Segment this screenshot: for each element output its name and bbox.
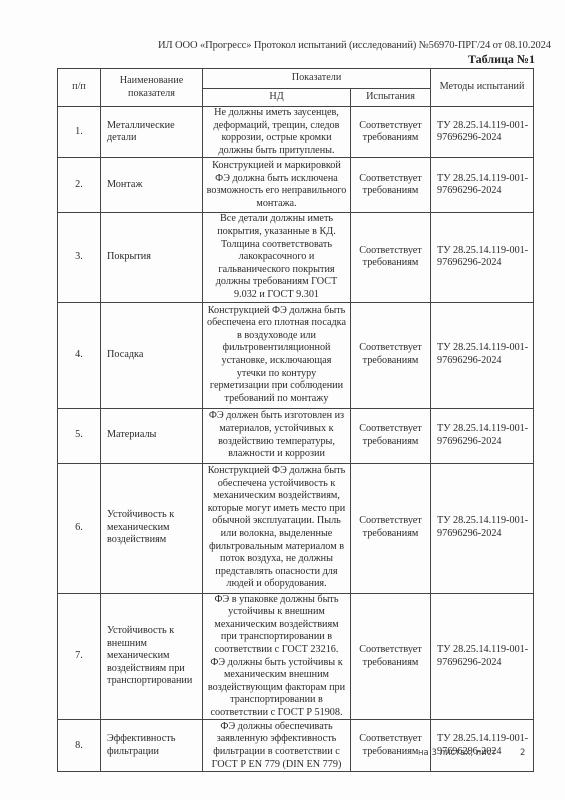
row-number: 8. xyxy=(58,720,101,772)
document-page: ИЛ ООО «Прогресс» Протокол испытаний (ис… xyxy=(0,0,565,800)
test-result: Соответствует требованиям xyxy=(351,302,431,408)
test-result: Соответствует требованиям xyxy=(351,463,431,593)
indicator-name: Монтаж xyxy=(101,158,203,213)
table-caption: Таблица №1 xyxy=(468,52,535,67)
row-number: 3. xyxy=(58,213,101,302)
indicator-name: Устойчивость к механическим воздействиям xyxy=(101,463,203,593)
page-footer: на 3 листах, лист 2 xyxy=(418,748,496,758)
table-row: 2.МонтажКонструкцией и маркировкой ФЭ до… xyxy=(58,158,534,213)
test-result: Соответствует требованиям xyxy=(351,593,431,720)
test-result: Соответствует требованиям xyxy=(351,107,431,158)
table-row: 1.Металлические деталиНе должны иметь за… xyxy=(58,107,534,158)
test-method: ТУ 28.25.14.119-001-97696296-2024 xyxy=(431,593,534,720)
header-indicators: Показатели xyxy=(203,69,431,89)
test-result: Соответствует требованиям xyxy=(351,720,431,772)
normative-requirement: Все детали должны иметь покрытия, указан… xyxy=(203,213,351,302)
row-number: 4. xyxy=(58,302,101,408)
row-number: 2. xyxy=(58,158,101,213)
protocol-header: ИЛ ООО «Прогресс» Протокол испытаний (ис… xyxy=(158,40,538,51)
indicator-name: Посадка xyxy=(101,302,203,408)
normative-requirement: ФЭ должен быть изготовлен из материалов,… xyxy=(203,408,351,463)
test-result: Соответствует требованиям xyxy=(351,158,431,213)
table-row: 8.Эффективность фильтрацииФЭ должны обес… xyxy=(58,720,534,772)
sheets-label: на 3 листах, лист xyxy=(418,748,496,758)
test-method: ТУ 28.25.14.119-001-97696296-2024 xyxy=(431,720,534,772)
normative-requirement: ФЭ должны обеспечивать заявленную эффект… xyxy=(203,720,351,772)
indicator-name: Эффективность фильтрации xyxy=(101,720,203,772)
normative-requirement: ФЭ в упаковке должны быть устойчивы к вн… xyxy=(203,593,351,720)
row-number: 1. xyxy=(58,107,101,158)
indicator-name: Материалы xyxy=(101,408,203,463)
test-result: Соответствует требованиям xyxy=(351,213,431,302)
test-method: ТУ 28.25.14.119-001-97696296-2024 xyxy=(431,463,534,593)
header-methods: Методы испытаний xyxy=(431,69,534,107)
indicator-name: Металлические детали xyxy=(101,107,203,158)
test-method: ТУ 28.25.14.119-001-97696296-2024 xyxy=(431,158,534,213)
header-nd: НД xyxy=(203,89,351,107)
page-number: 2 xyxy=(520,748,525,758)
row-number: 6. xyxy=(58,463,101,593)
normative-requirement: Не должны иметь заусенцев, деформаций, т… xyxy=(203,107,351,158)
table-row: 7.Устойчивость к внешним механическим во… xyxy=(58,593,534,720)
normative-requirement: Конструкцией ФЭ должна быть обеспечена у… xyxy=(203,463,351,593)
row-number: 5. xyxy=(58,408,101,463)
normative-requirement: Конструкцией и маркировкой ФЭ должна быт… xyxy=(203,158,351,213)
table-row: 3.ПокрытияВсе детали должны иметь покрыт… xyxy=(58,213,534,302)
test-method: ТУ 28.25.14.119-001-97696296-2024 xyxy=(431,107,534,158)
row-number: 7. xyxy=(58,593,101,720)
table-row: 5.МатериалыФЭ должен быть изготовлен из … xyxy=(58,408,534,463)
test-method: ТУ 28.25.14.119-001-97696296-2024 xyxy=(431,213,534,302)
header-tests: Испытания xyxy=(351,89,431,107)
normative-requirement: Конструкцией ФЭ должна быть обеспечена е… xyxy=(203,302,351,408)
indicator-name: Покрытия xyxy=(101,213,203,302)
test-method: ТУ 28.25.14.119-001-97696296-2024 xyxy=(431,302,534,408)
table-row: 4.ПосадкаКонструкцией ФЭ должна быть обе… xyxy=(58,302,534,408)
table-row: 6.Устойчивость к механическим воздействи… xyxy=(58,463,534,593)
header-num: п/п xyxy=(58,69,101,107)
test-result: Соответствует требованиям xyxy=(351,408,431,463)
header-name: Наименование показателя xyxy=(101,69,203,107)
indicator-name: Устойчивость к внешним механическим возд… xyxy=(101,593,203,720)
test-results-table: п/п Наименование показателя Показатели М… xyxy=(57,68,534,772)
test-method: ТУ 28.25.14.119-001-97696296-2024 xyxy=(431,408,534,463)
